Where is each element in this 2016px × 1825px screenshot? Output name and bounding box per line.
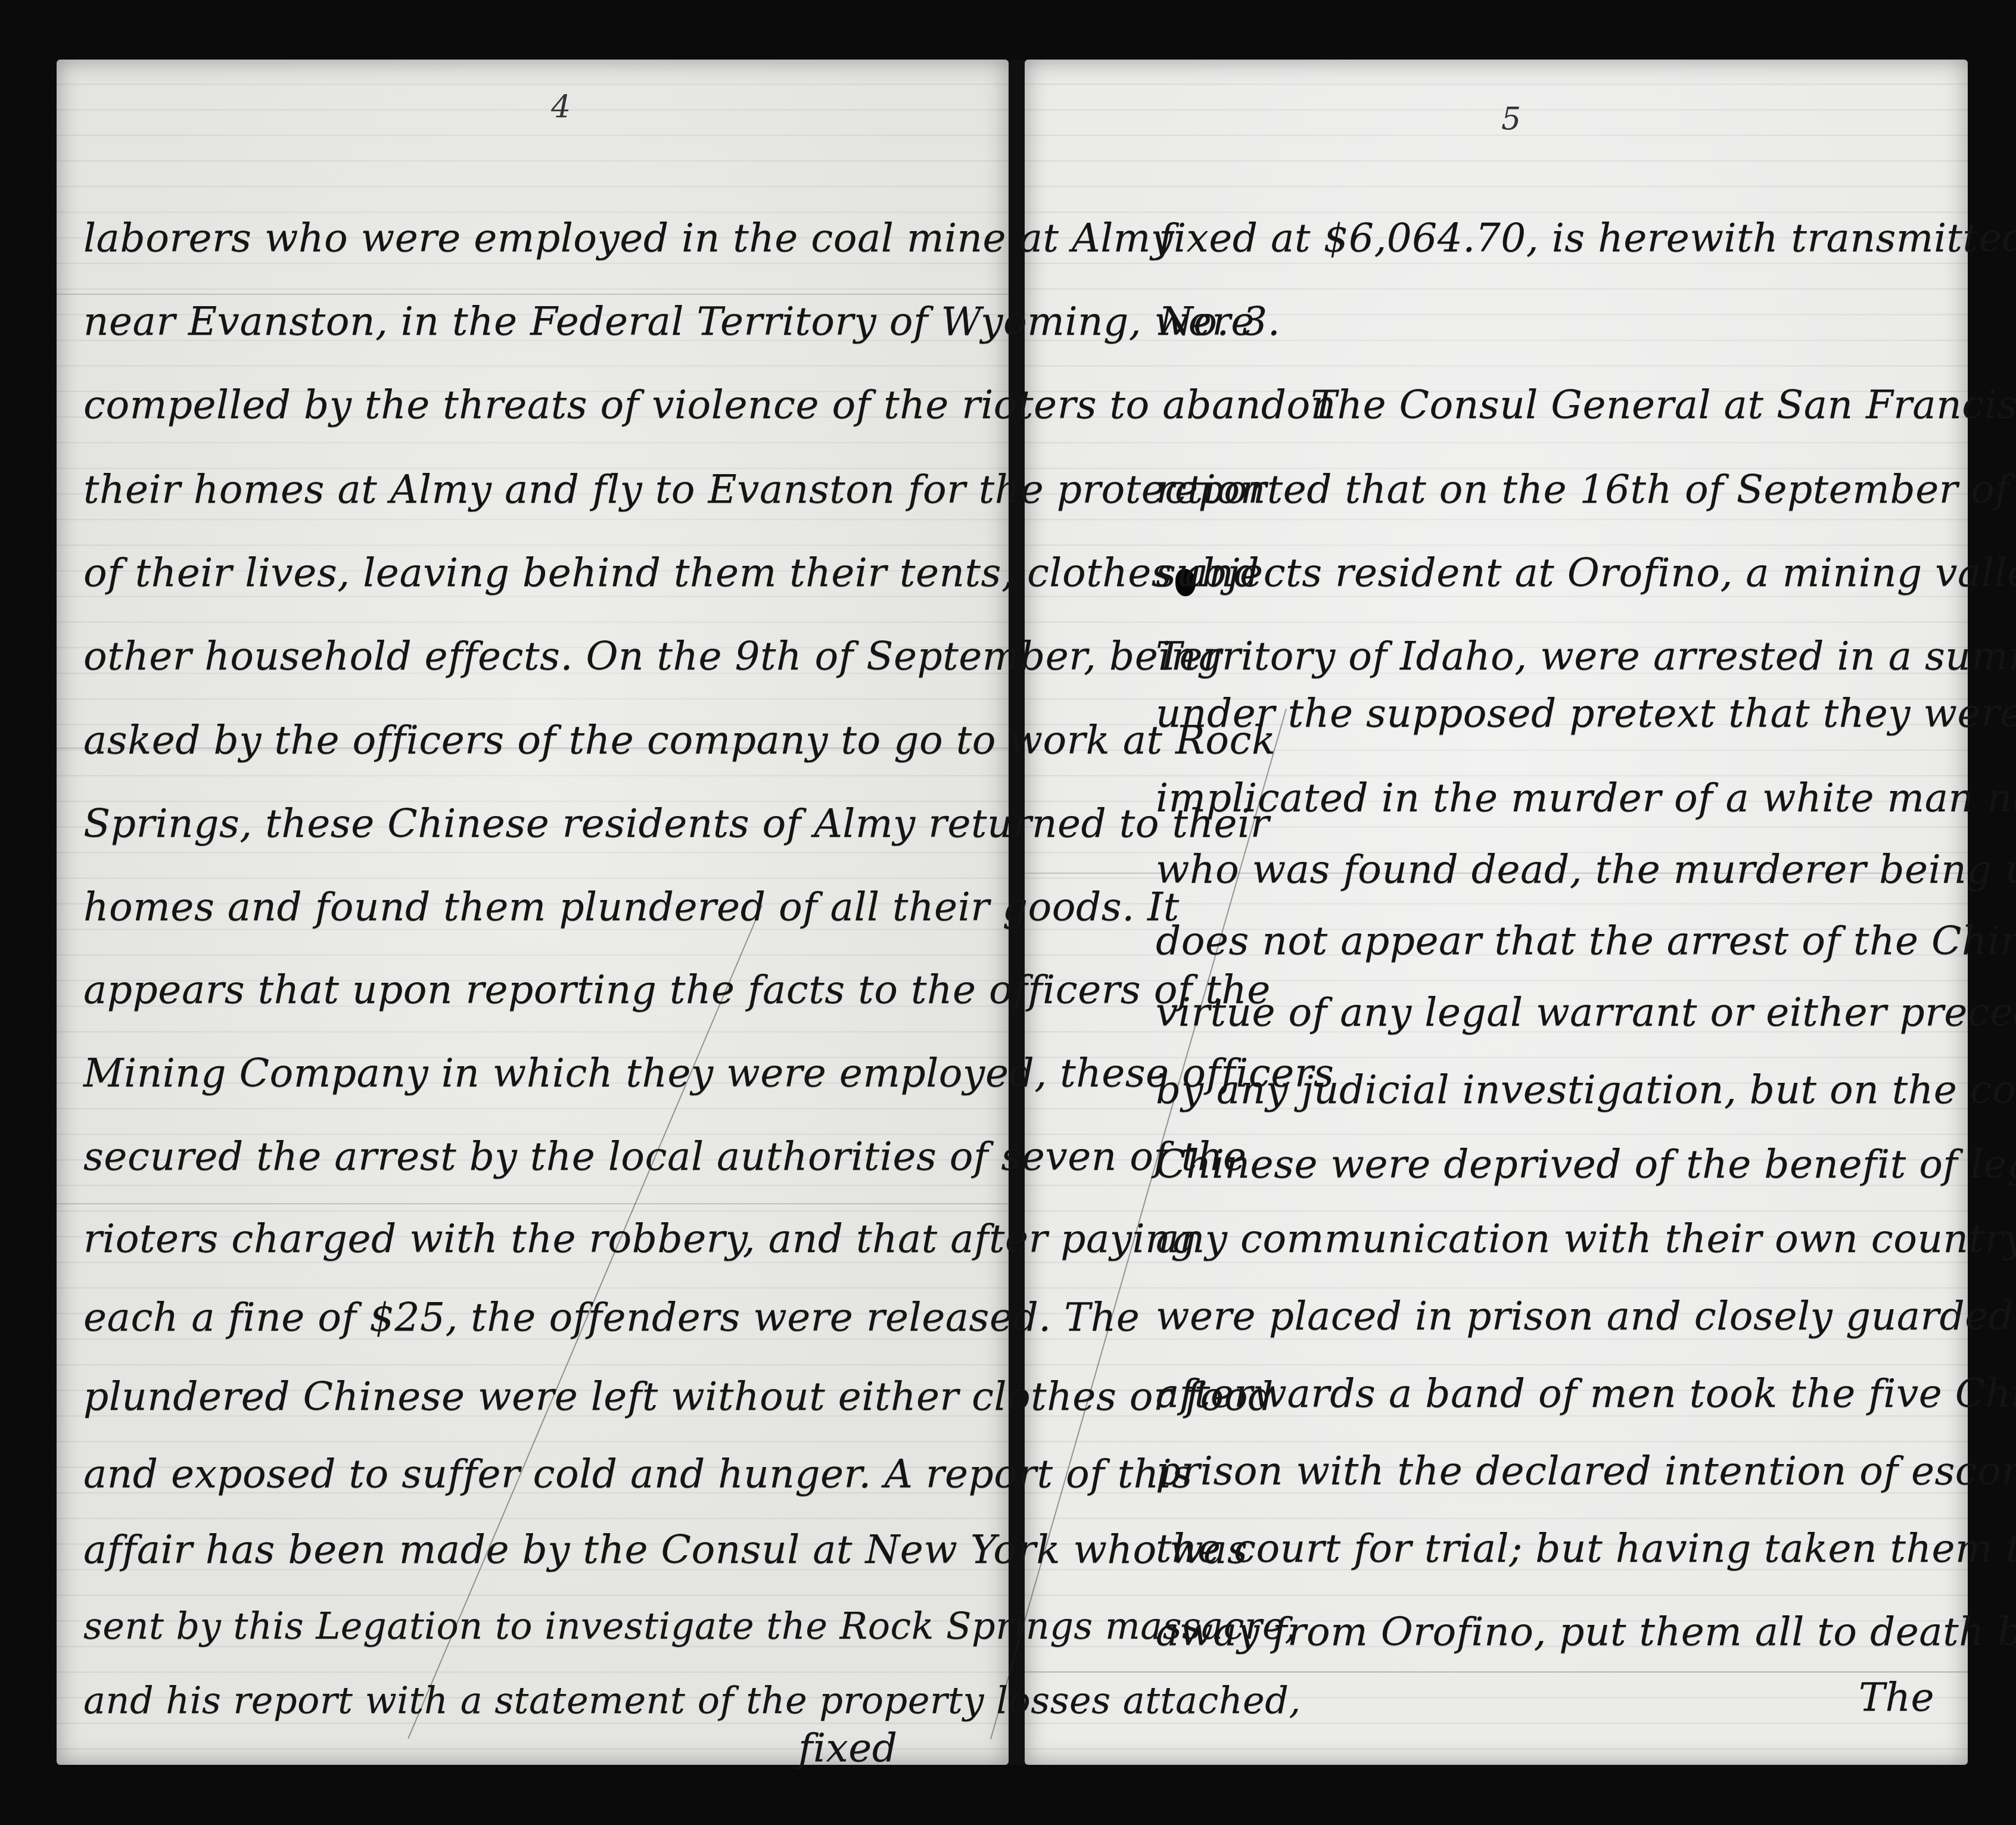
text-line: rioters charged with the robbery, and th… <box>83 1215 1196 1263</box>
text-line: and exposed to suffer cold and hunger. A… <box>83 1450 1193 1498</box>
page-number-left: 4 <box>551 89 571 125</box>
text-line: Springs, these Chinese residents of Almy… <box>83 800 1270 848</box>
text-line: near Evanston, in the Federal Territory … <box>83 298 1255 345</box>
text-line: any communication with their own country… <box>1156 1215 2016 1263</box>
text-line: secured the arrest by the local authorit… <box>83 1133 1246 1181</box>
text-line: virtue of any legal warrant or either pr… <box>1156 989 2016 1036</box>
text-line: homes and found them plundered of all th… <box>83 883 1180 931</box>
text-line: asked by the officers of the company to … <box>83 717 1276 764</box>
text-line: of their lives, leaving behind them thei… <box>83 549 1259 597</box>
ruled-line <box>57 294 1009 295</box>
text-line: each a fine of $25, the offenders were r… <box>83 1294 1140 1341</box>
ruled-line <box>57 1203 1009 1204</box>
text-line: appears that upon reporting the facts to… <box>83 966 1271 1014</box>
text-line: compelled by the threats of violence of … <box>83 381 1336 429</box>
enclosure-reference: No. 3. <box>1159 298 1280 345</box>
text-line: affair has been made by the Consul at Ne… <box>83 1526 1247 1574</box>
text-line: who was found dead, the murderer being u… <box>1156 846 2016 893</box>
text-line: Mining Company in which they were employ… <box>83 1049 1334 1097</box>
page-number-right: 5 <box>1501 101 1521 137</box>
text-line: laborers who were employed in the coal m… <box>83 214 1174 262</box>
text-line: The Consul General at San Francisco has … <box>1311 381 2016 429</box>
text-line: their homes at Almy and fly to Evanston … <box>83 466 1266 513</box>
text-line: subjects resident at Orofino, a mining v… <box>1156 549 2016 597</box>
text-line: Chinese were deprived of the benefit of … <box>1156 1141 2016 1188</box>
text-line: implicated in the murder of a white man … <box>1156 774 2016 822</box>
text-line: the court for trial; but having taken th… <box>1156 1525 2016 1572</box>
catchword: fixed <box>798 1724 898 1772</box>
text-line: under the supposed pretext that they wer… <box>1156 690 2016 737</box>
text-line: sent by this Legation to investigate the… <box>83 1602 1297 1650</box>
text-line: does not appear that the arrest of the C… <box>1156 917 2016 965</box>
text-line: by any judicial investigation, but on th… <box>1156 1066 2016 1114</box>
text-line: prison with the declared intention of es… <box>1156 1447 2016 1495</box>
text-line: other household effects. On the 9th of S… <box>83 633 1222 680</box>
text-line: Territory of Idaho, were arrested in a s… <box>1156 633 2016 680</box>
text-line: were placed in prison and closely guarde… <box>1156 1293 2016 1340</box>
catchword: The <box>1859 1674 1934 1721</box>
text-line: fixed at $6,064.70, is herewith transmit… <box>1159 214 2016 262</box>
ruled-line <box>1025 1671 1968 1673</box>
text-line: reported that on the 16th of September o… <box>1156 466 2016 513</box>
text-line: and his report with a statement of the p… <box>83 1677 1301 1724</box>
text-line: plundered Chinese were left without eith… <box>83 1373 1274 1421</box>
text-line: afterwards a band of men took the five C… <box>1156 1370 2016 1418</box>
text-line: away from Orofino, put them all to death… <box>1156 1608 2016 1656</box>
